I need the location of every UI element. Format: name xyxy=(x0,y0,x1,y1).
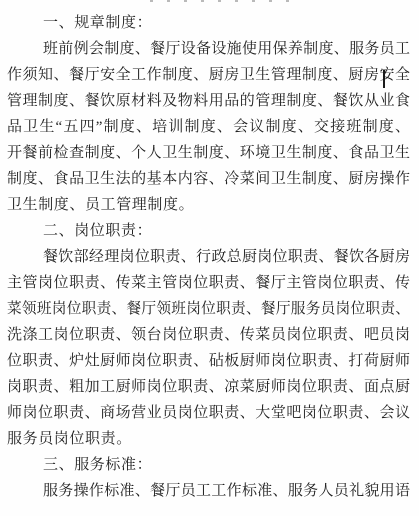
text-caret xyxy=(383,70,385,88)
text-line[interactable]: 位职责、炉灶厨师岗位职责、砧板厨师岗位职责、打荷厨师 xyxy=(7,348,410,374)
text-line[interactable]: 师岗位职责、商场营业员岗位职责、大堂吧岗位职责、会议 xyxy=(7,400,410,426)
section-heading-standards[interactable]: 三、服务标准： xyxy=(7,452,410,478)
text-line[interactable]: 服务操作标准、餐厅员工工作标准、服务人员礼貌用语 xyxy=(7,478,410,504)
text-line[interactable]: 餐饮部经理岗位职责、行政总厨岗位职责、餐饮各厨房 xyxy=(7,244,410,270)
text-line[interactable]: 班前例会制度、餐厅设备设施使用保养制度、服务员工 xyxy=(7,36,410,62)
clipped-text-remnant xyxy=(150,0,292,2)
text-line[interactable]: 主管岗位职责、传菜主管岗位职责、餐厅主管岗位职责、传 xyxy=(7,270,410,296)
section-heading-rules[interactable]: 一、规章制度： xyxy=(7,10,410,36)
text-line[interactable]: 作须知、餐厅安全工作制度、厨房卫生管理制度、厨房安全 xyxy=(7,62,410,88)
text-line[interactable]: 岗职责、粗加工厨师岗位职责、凉菜厨师岗位职责、面点厨 xyxy=(7,374,410,400)
text-line[interactable]: 卫生制度、员工管理制度。 xyxy=(7,192,410,218)
text-line[interactable]: 服务员岗位职责。 xyxy=(7,426,410,452)
text-line[interactable]: 开餐前检查制度、个人卫生制度、环境卫生制度、食品卫生 xyxy=(7,140,410,166)
section-heading-duties[interactable]: 二、岗位职责： xyxy=(7,218,410,244)
document-page: 一、规章制度： 班前例会制度、餐厅设备设施使用保养制度、服务员工 作须知、餐厅安… xyxy=(0,0,419,516)
text-line[interactable]: 品卫生“五四”制度、培训制度、会议制度、交接班制度、 xyxy=(7,114,410,140)
text-line[interactable]: 管理制度、餐饮原材料及物料用品的管理制度、餐饮从业食 xyxy=(7,88,410,114)
text-line[interactable]: 菜领班岗位职责、餐厅领班岗位职责、餐厅服务员岗位职责、 xyxy=(7,296,410,322)
document-body[interactable]: 一、规章制度： 班前例会制度、餐厅设备设施使用保养制度、服务员工 作须知、餐厅安… xyxy=(7,10,410,504)
text-line[interactable]: 制度、食品卫生法的基本内容、冷菜间卫生制度、厨房操作 xyxy=(7,166,410,192)
text-line[interactable]: 洗涤工岗位职责、领台岗位职责、传菜员岗位职责、吧员岗 xyxy=(7,322,410,348)
